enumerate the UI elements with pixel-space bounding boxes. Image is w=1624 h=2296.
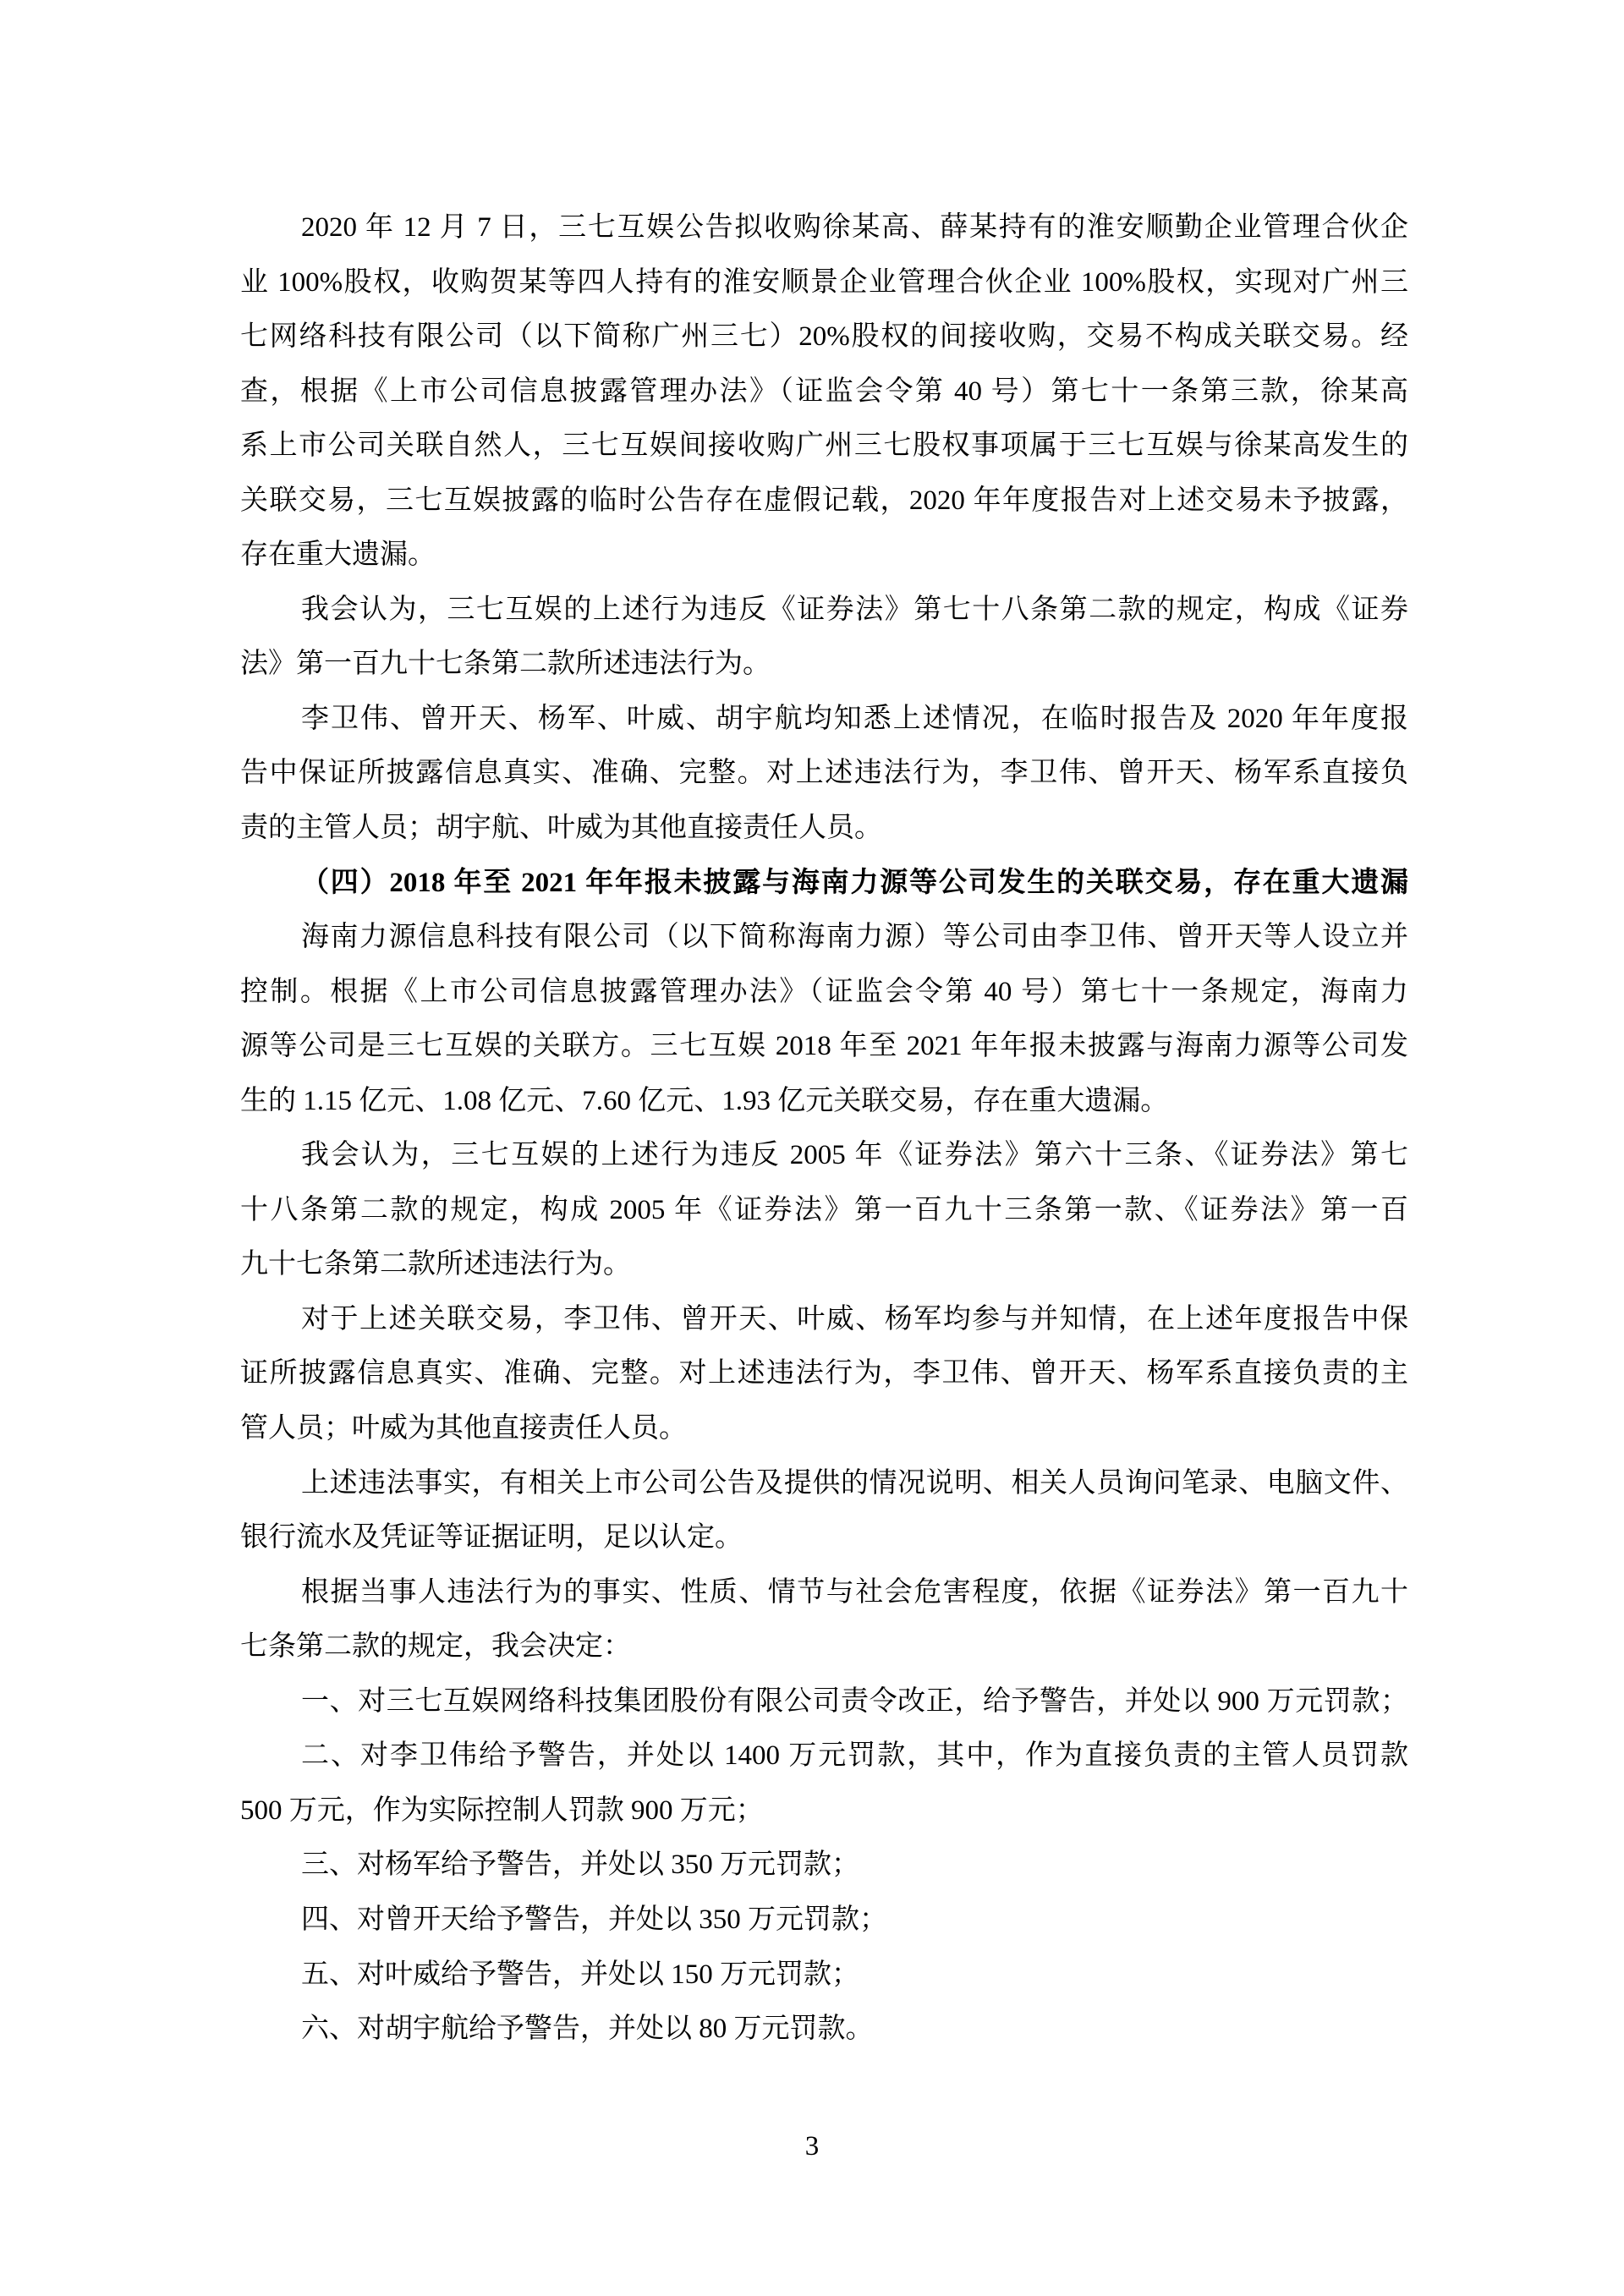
document-line: 四、对曾开天给予警告，并处以 350 万元罚款； [240, 1893, 1408, 1948]
document-line: 控制。根据《上市公司信息披露管理办法》（证监会令第 40 号）第七十一条规定，海… [240, 965, 1408, 1020]
document-line: 告中保证所披露信息真实、准确、完整。对上述违法行为，李卫伟、曾开天、杨军系直接负 [240, 746, 1408, 801]
document-line: 银行流水及凭证等证据证明，足以认定。 [240, 1510, 1408, 1565]
document-line: 根据当事人违法行为的事实、性质、情节与社会危害程度，依据《证券法》第一百九十 [240, 1565, 1408, 1620]
document-line: 关联交易，三七互娱披露的临时公告存在虚假记载，2020 年年度报告对上述交易未予… [240, 474, 1408, 529]
document-line: 五、对叶威给予警告，并处以 150 万元罚款； [240, 1948, 1408, 2003]
document-line: 七条第二款的规定，我会决定： [240, 1619, 1408, 1674]
document-line: 法》第一百九十七条第二款所述违法行为。 [240, 637, 1408, 692]
document-line: 七网络科技有限公司（以下简称广州三七）20%股权的间接收购，交易不构成关联交易。… [240, 310, 1408, 364]
section-heading-line: （四）2018 年至 2021 年年报未披露与海南力源等公司发生的关联交易，存在… [240, 856, 1408, 911]
document-line: 二、对李卫伟给予警告，并处以 1400 万元罚款，其中，作为直接负责的主管人员罚… [240, 1729, 1408, 1784]
document-line: 源等公司是三七互娱的关联方。三七互娱 2018 年至 2021 年年报未披露与海… [240, 1019, 1408, 1074]
document-line: 500 万元，作为实际控制人罚款 900 万元； [240, 1784, 1408, 1838]
document-line: 六、对胡宇航给予警告，并处以 80 万元罚款。 [240, 2002, 1408, 2057]
document-line: 我会认为，三七互娱的上述行为违反《证券法》第七十八条第二款的规定，构成《证券 [240, 583, 1408, 638]
document-line: 业 100%股权，收购贺某等四人持有的淮安顺景企业管理合伙企业 100%股权，实… [240, 255, 1408, 310]
document-line: 系上市公司关联自然人，三七互娱间接收购广州三七股权事项属于三七互娱与徐某高发生的 [240, 419, 1408, 474]
document-content: 2020 年 12 月 7 日，三七互娱公告拟收购徐某高、薛某持有的淮安顺勤企业… [240, 200, 1408, 2057]
page-number: 3 [0, 2129, 1624, 2163]
document-line: 海南力源信息科技有限公司（以下简称海南力源）等公司由李卫伟、曾开天等人设立并 [240, 910, 1408, 965]
document-line: 一、对三七互娱网络科技集团股份有限公司责令改正，给予警告，并处以 900 万元罚… [240, 1674, 1408, 1729]
document-line: 三、对杨军给予警告，并处以 350 万元罚款； [240, 1838, 1408, 1893]
document-line: 李卫伟、曾开天、杨军、叶威、胡宇航均知悉上述情况，在临时报告及 2020 年年度… [240, 692, 1408, 747]
document-line: 2020 年 12 月 7 日，三七互娱公告拟收购徐某高、薛某持有的淮安顺勤企业… [240, 200, 1408, 255]
document-line: 证所披露信息真实、准确、完整。对上述违法行为，李卫伟、曾开天、杨军系直接负责的主 [240, 1346, 1408, 1401]
document-line: 上述违法事实，有相关上市公司公告及提供的情况说明、相关人员询问笔录、电脑文件、 [240, 1456, 1408, 1511]
document-line: 管人员；叶威为其他直接责任人员。 [240, 1401, 1408, 1456]
document-page: 2020 年 12 月 7 日，三七互娱公告拟收购徐某高、薛某持有的淮安顺勤企业… [0, 0, 1624, 2296]
document-line: 存在重大遗漏。 [240, 528, 1408, 583]
document-line: 十八条第二款的规定，构成 2005 年《证券法》第一百九十三条第一款、《证券法》… [240, 1183, 1408, 1238]
document-line: 查，根据《上市公司信息披露管理办法》（证监会令第 40 号）第七十一条第三款，徐… [240, 364, 1408, 419]
document-line: 生的 1.15 亿元、1.08 亿元、7.60 亿元、1.93 亿元关联交易，存… [240, 1074, 1408, 1129]
document-line: 九十七条第二款所述违法行为。 [240, 1237, 1408, 1292]
document-line: 我会认为，三七互娱的上述行为违反 2005 年《证券法》第六十三条、《证券法》第… [240, 1128, 1408, 1183]
document-line: 对于上述关联交易，李卫伟、曾开天、叶威、杨军均参与并知情，在上述年度报告中保 [240, 1292, 1408, 1347]
document-line: 责的主管人员；胡宇航、叶威为其他直接责任人员。 [240, 801, 1408, 856]
